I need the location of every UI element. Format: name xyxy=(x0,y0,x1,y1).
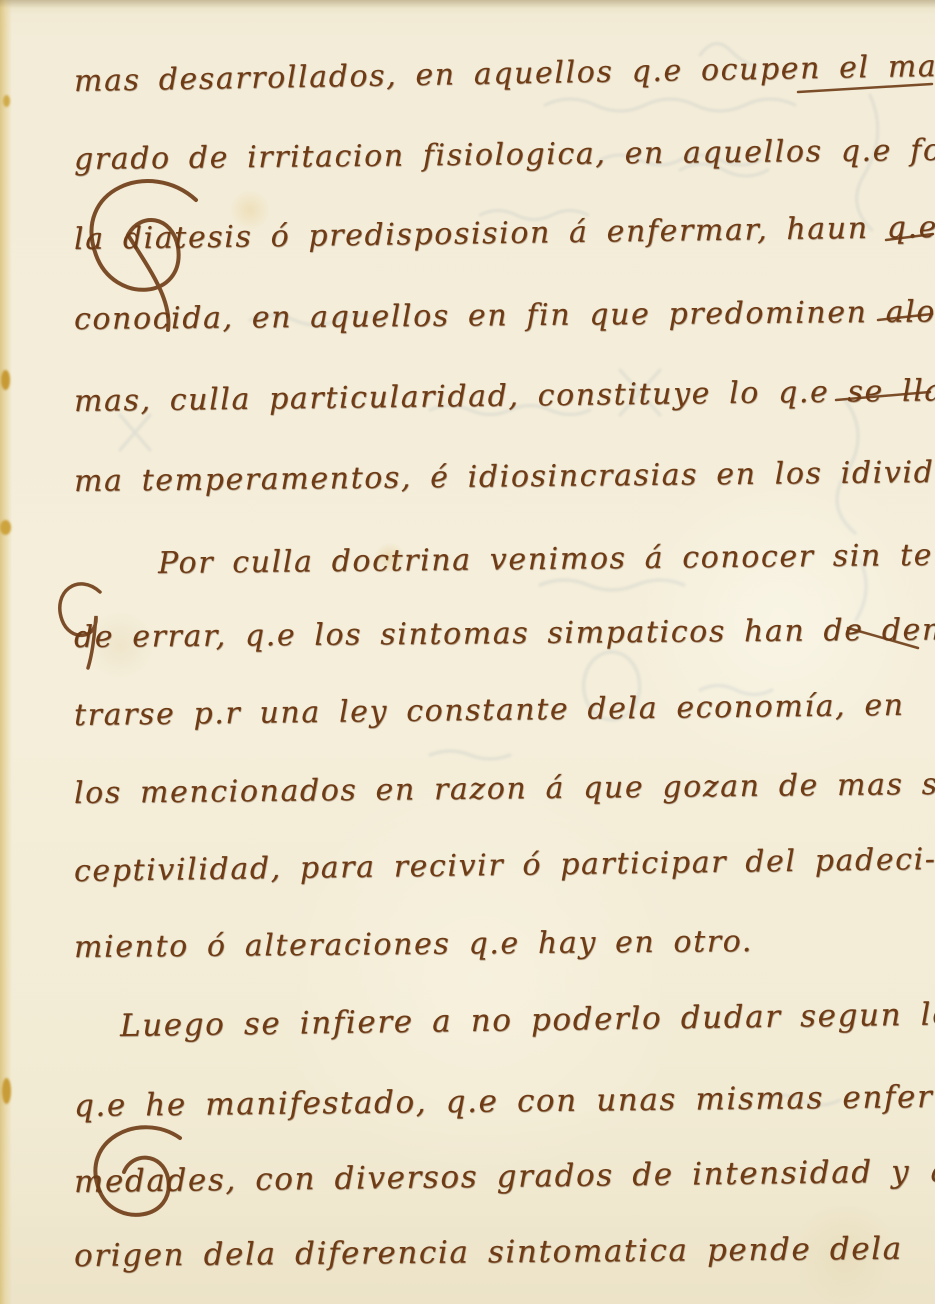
edge-stain xyxy=(0,520,11,535)
manuscript-line: los mencionados en razon á que gozan de … xyxy=(74,767,935,811)
manuscript-line: miento ó alteraciones q.e hay en otro. xyxy=(74,924,753,965)
manuscript-line: trarse p.r una ley constante dela econom… xyxy=(74,688,905,733)
manuscript-line: ma temperamentos, é idiosincrasias en lo… xyxy=(74,454,935,499)
manuscript-line: de errar, q.e los sintomas simpaticos ha… xyxy=(74,612,935,655)
manuscript-line: Luego se infiere a no poderlo dudar segu… xyxy=(120,996,935,1044)
manuscript-line: origen dela diferencia sintomatica pende… xyxy=(74,1231,903,1274)
manuscript-line: mas desarrollados, en aquellos q.e ocupe… xyxy=(74,47,935,99)
edge-stain xyxy=(3,95,10,107)
manuscript-line: q.e he manifestado, q.e con unas mismas … xyxy=(74,1079,934,1124)
manuscript-line: mas, culla particularidad, constituye lo… xyxy=(74,373,935,419)
edge-stain xyxy=(2,1078,11,1104)
manuscript-line: medades, con diversos grados de intensid… xyxy=(74,1152,935,1200)
manuscript-line: Por culla doctrina venimos á conocer sin… xyxy=(158,537,935,581)
edge-stain xyxy=(1,370,10,390)
manuscript-line: ceptivilidad, para recivir ó participar … xyxy=(74,842,935,889)
manuscript-line: grado de irritacion fisiologica, en aque… xyxy=(74,132,935,177)
manuscript-line: la diatesis ó predisposision á enfermar,… xyxy=(74,209,935,257)
manuscript-page: mas desarrollados, en aquellos q.e ocupe… xyxy=(0,0,935,1304)
manuscript-line: conocida, en aquellos en fin que predomi… xyxy=(74,294,935,337)
